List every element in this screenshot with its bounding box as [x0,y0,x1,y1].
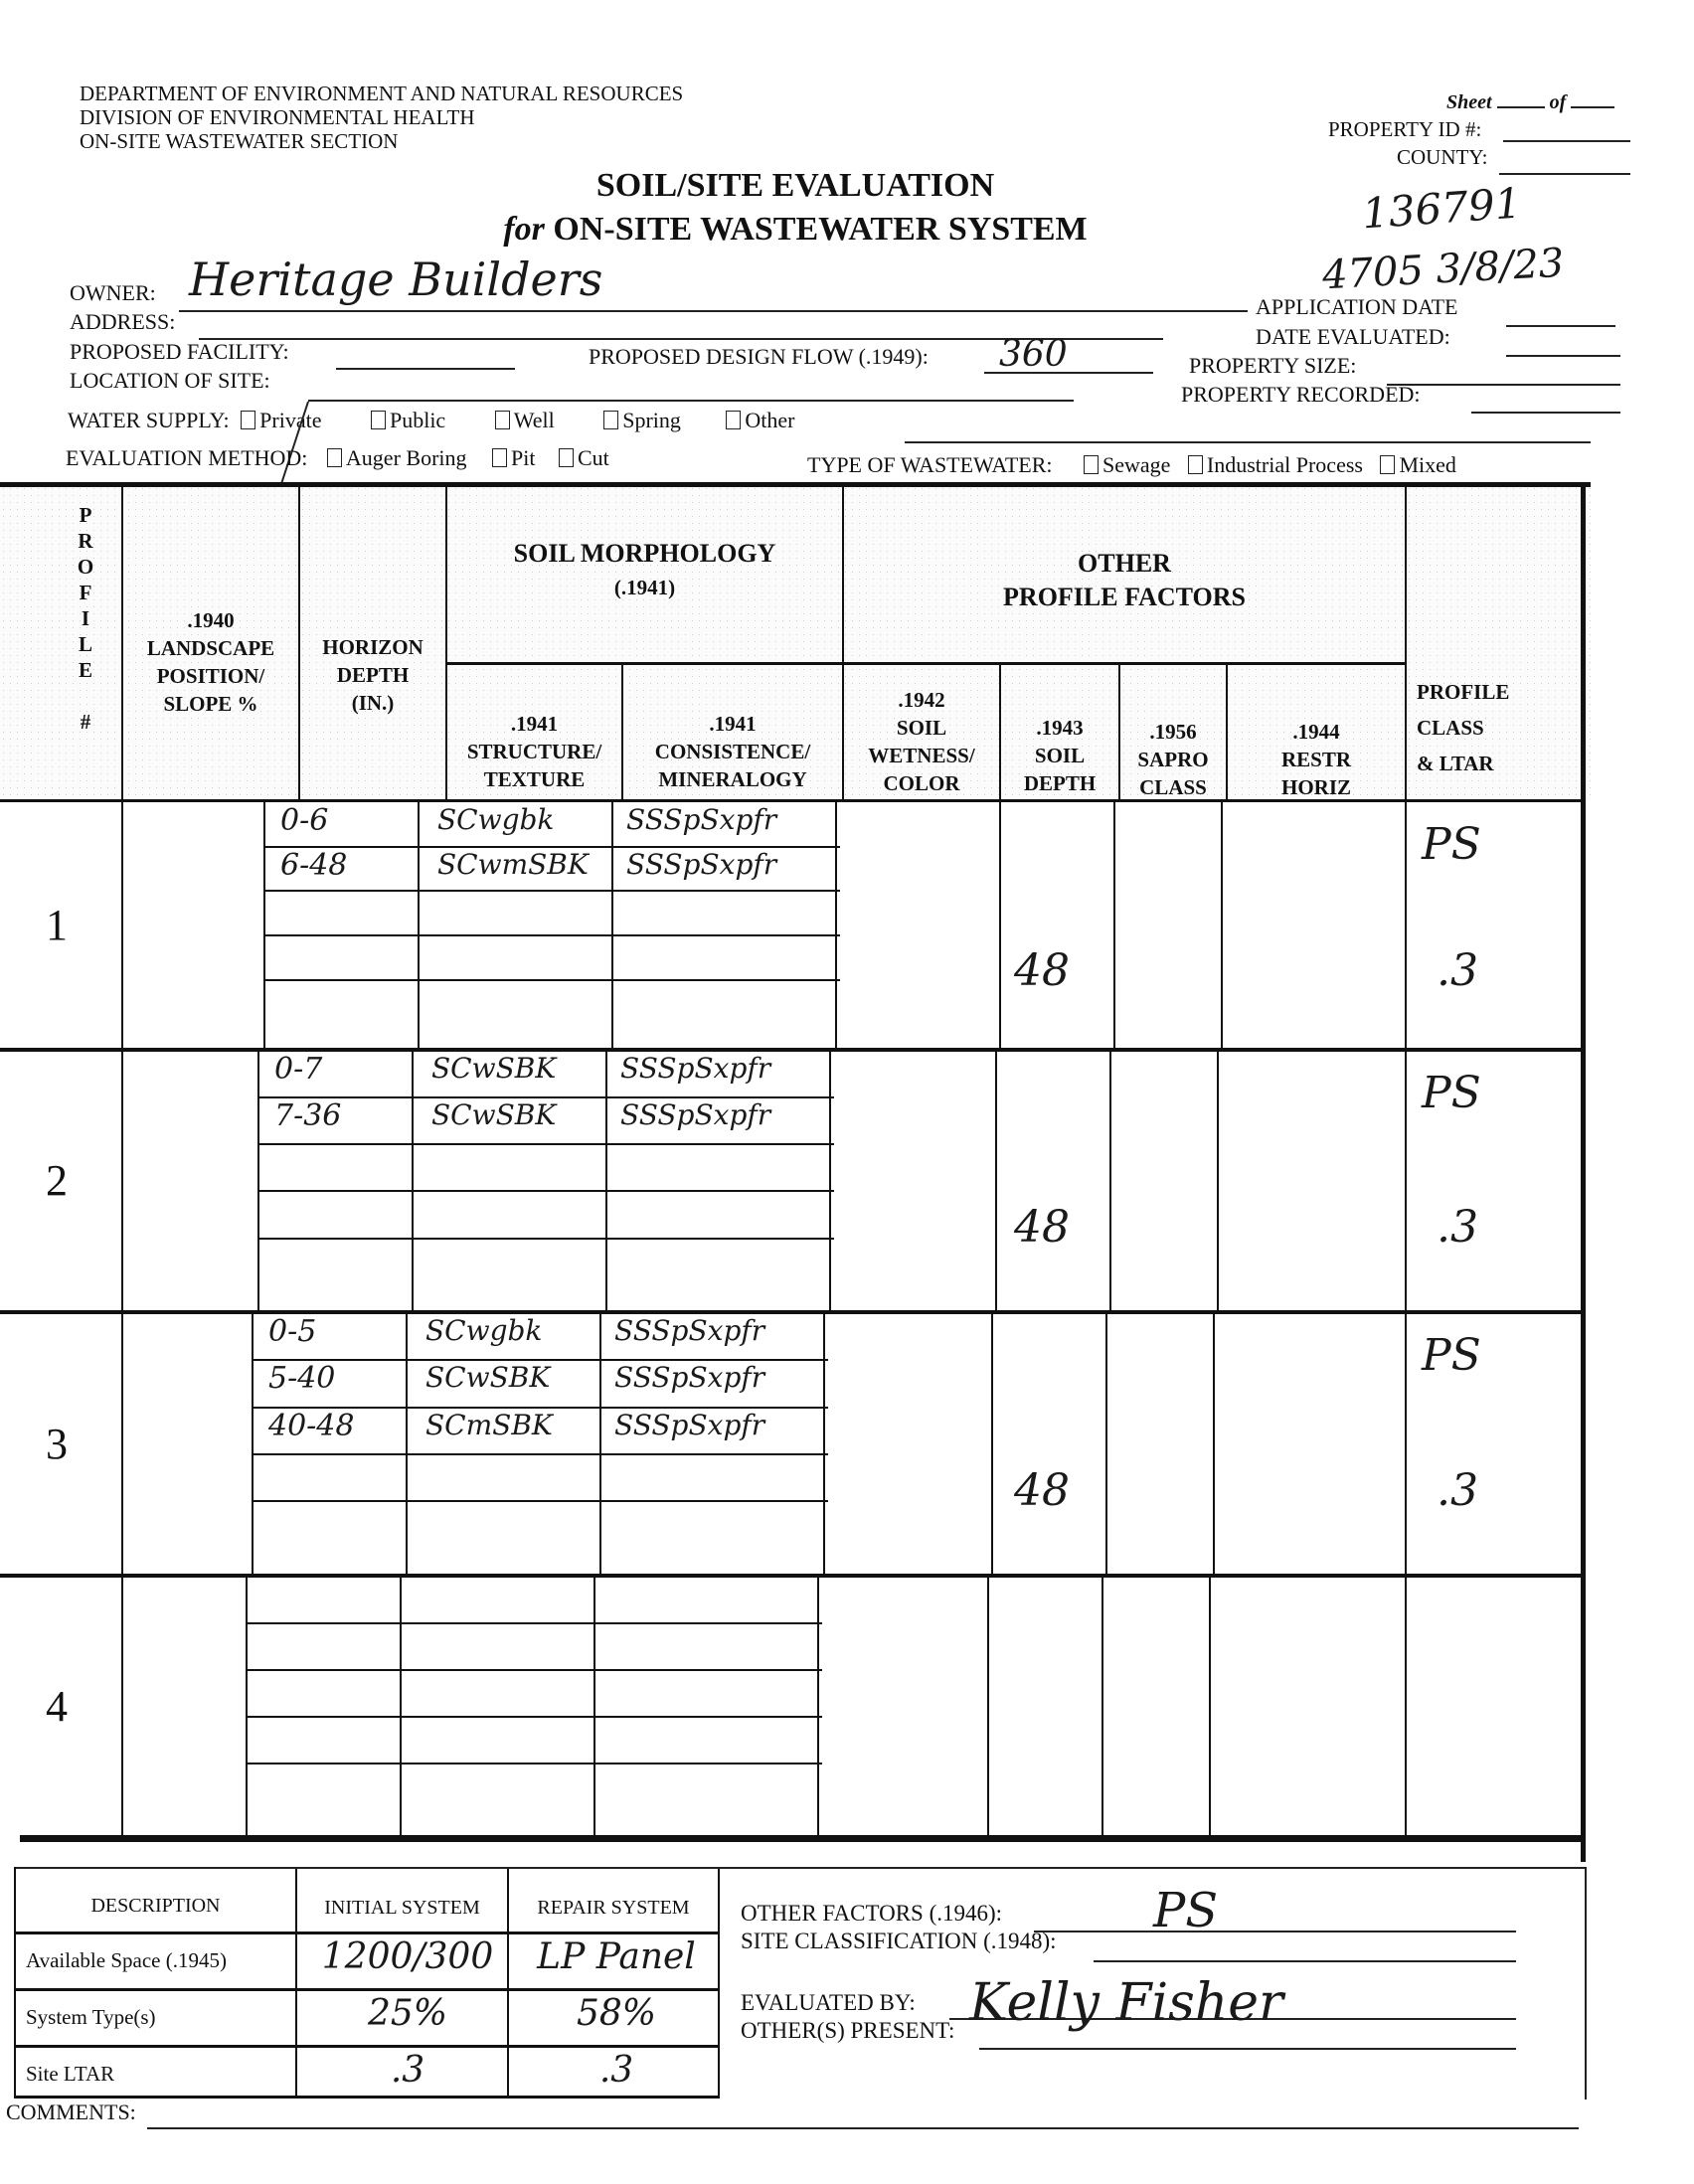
horizon-subrow-line [263,890,840,892]
checkbox-icon[interactable] [492,448,507,467]
col-divider [406,1312,408,1576]
checkbox-icon[interactable] [241,411,255,429]
sheet-number-input[interactable] [1497,106,1545,108]
handwritten-date: 4705 3/8/23 [1321,241,1565,299]
evaluated-by-signature: Kelly Fisher [969,1973,1283,2033]
horizon-depth: 5-40 [268,1361,335,1396]
summary-initial-value[interactable]: 1200/300 [308,1936,507,1977]
summary-row-label: Site LTAR [26,2062,114,2087]
col-divider [999,801,1001,1050]
site-classification-value: PS [1153,1883,1218,1938]
form-subtitle: for ON-SITE WASTEWATER SYSTEM [0,211,1591,249]
col-divider [823,1312,825,1576]
restr-header: .1944RESTRHORIZ [1228,718,1405,801]
soil-depth-value: 48 [1014,945,1070,996]
profile-row-border [20,1835,1586,1842]
method-cut[interactable]: Cut [559,445,609,470]
horizon-structure: SCwSBK [431,1052,556,1085]
summary-repair-value[interactable]: LP Panel [517,1936,716,1977]
other-factors-header: OTHERPROFILE FACTORS [844,547,1405,614]
form-subtitle-text: ON-SITE WASTEWATER SYSTEM [553,211,1087,248]
profile-number: 1 [46,900,68,950]
col-divider [817,1576,819,1837]
horizon-consistence: SSSpSxpfr [626,848,776,881]
checkbox-icon[interactable] [495,411,510,429]
col-divider [263,801,265,1050]
water-supply-label: WATER SUPPLY: [68,408,230,432]
col-divider [611,801,613,1050]
profile-number: 3 [46,1419,68,1469]
summary-col-line [718,1869,720,2098]
horizon-consistence: SSSpSxpfr [614,1361,764,1394]
water-supply-public[interactable]: Public [371,408,445,432]
property-recorded-input[interactable] [1471,390,1620,414]
horizon-depth: 0-6 [280,803,328,838]
horizon-subrow-line [257,1238,834,1240]
property-size-label: PROPERTY SIZE: [1189,353,1356,379]
sheet-total-input[interactable] [1571,106,1614,108]
col-divider [418,801,420,1050]
agency-division: DIVISION OF ENVIRONMENTAL HEALTH [80,105,683,129]
method-pit[interactable]: Pit [492,445,535,470]
horizon-structure: SCwgbk [425,1314,542,1347]
form-subtitle-prefix: for [503,211,545,248]
proposed-facility-input[interactable] [336,346,515,370]
ltar-value: .3 [1437,1202,1478,1253]
agency-department: DEPARTMENT OF ENVIRONMENT AND NATURAL RE… [80,82,683,105]
summary-header-description: DESCRIPTION [16,1895,295,1918]
sheet-label: Sheet [1446,91,1492,113]
site-classification-label: SITE CLASSIFICATION (.1948): [741,1929,1057,1954]
horizon-depth: 0-7 [274,1052,322,1087]
soil-depth-header: .1943SOILDEPTH [1001,714,1118,797]
water-supply-row: WATER SUPPLY: Private Public Well Spring… [68,408,794,433]
table-right-border [1581,485,1586,1862]
col-divider [1113,801,1115,1050]
summary-row-line [14,1988,720,1991]
checkbox-icon[interactable] [559,448,574,467]
structure-header: .1941STRUCTURE/TEXTURE [447,710,621,793]
horizon-depth: 7-36 [274,1098,341,1133]
col-divider [593,1576,595,1837]
col-divider [835,801,837,1050]
evaluation-method-label: EVALUATION METHOD: [66,445,307,470]
horizon-subrow-line [263,934,840,936]
horizon-consistence: SSSpSxpfr [620,1052,770,1085]
col-divider [987,1576,989,1837]
wastewater-industrial[interactable]: Industrial Process [1188,452,1363,477]
summary-repair-value[interactable]: .3 [517,2050,716,2091]
horizon-consistence: SSSpSxpfr [614,1314,764,1347]
agency-section: ON-SITE WASTEWATER SECTION [80,129,683,153]
owner-label: OWNER: [70,280,156,306]
summary-header-initial: INITIAL SYSTEM [297,1897,507,1920]
horizon-subrow-line [263,979,840,981]
application-date-label: APPLICATION DATE [1256,294,1458,320]
profile-number: 4 [46,1681,68,1732]
profile-class-value: PS [1422,819,1481,870]
agency-block: DEPARTMENT OF ENVIRONMENT AND NATURAL RE… [80,82,683,153]
horizon-header: HORIZONDEPTH(IN.) [300,633,445,717]
ltar-value: .3 [1437,1465,1478,1516]
col-divider [246,1576,248,1837]
property-recorded-label: PROPERTY RECORDED: [1181,382,1421,408]
horizon-structure: SCwgbk [437,803,554,836]
sheet-field: Sheet of [1446,91,1614,114]
design-flow-label: PROPOSED DESIGN FLOW (.1949): [589,344,929,370]
checkbox-icon[interactable] [371,411,386,429]
address-label: ADDRESS: [70,309,175,335]
horizon-subrow-line [252,1453,828,1455]
summary-row-label: System Type(s) [26,2005,156,2030]
col-divider [1209,1576,1211,1837]
summary-header-repair: REPAIR SYSTEM [509,1897,718,1920]
wastewater-row: TYPE OF WASTEWATER: Sewage Industrial Pr… [807,452,1456,478]
water-supply-other[interactable]: Other [726,408,794,432]
col-divider [1105,1312,1107,1576]
col-divider [599,1312,601,1576]
horizon-structure: SCwSBK [431,1098,556,1131]
site-classification-input[interactable] [1094,1938,1516,1962]
horizon-structure: SCwSBK [425,1361,550,1394]
soil-depth-value: 48 [1014,1465,1070,1516]
form-title: SOIL/SITE EVALUATION [0,167,1591,205]
location-input[interactable] [308,376,1074,402]
wastewater-label: TYPE OF WASTEWATER: [807,452,1053,477]
property-id-label: PROPERTY ID #: [1328,117,1481,142]
checkbox-icon[interactable] [1188,455,1203,474]
checkbox-icon[interactable] [1084,455,1099,474]
horizon-structure: SCwmSBK [437,848,589,881]
water-supply-well[interactable]: Well [495,408,555,432]
col-divider [1217,1050,1219,1312]
others-present-label: OTHER(S) PRESENT: [741,2018,954,2044]
horizon-consistence: SSSpSxpfr [620,1098,770,1131]
water-supply-other-input[interactable] [905,418,1591,443]
profile-class-header: PROFILECLASS& LTAR [1417,674,1536,781]
col-divider [995,1050,997,1312]
others-present-input[interactable] [979,2026,1516,2050]
horizon-depth: 6-48 [280,848,347,883]
soil-depth-value: 48 [1014,1202,1070,1253]
horizon-subrow-line [246,1669,822,1671]
col-divider [252,1312,254,1576]
horizon-depth: 40-48 [268,1409,354,1443]
header-split [445,662,1406,665]
summary-row-label: Available Space (.1945) [26,1948,227,1973]
horizon-structure: SCmSBK [425,1409,553,1441]
horizon-subrow-line [252,1500,828,1502]
comments-label: COMMENTS: [6,2100,136,2125]
summary-row-line [14,2096,720,2099]
owner-value: Heritage Builders [189,252,602,306]
wetness-header: .1942SOILWETNESS/COLOR [844,686,999,797]
comments-input[interactable] [147,2105,1579,2129]
horizon-consistence: SSSpSxpfr [626,803,776,836]
proposed-facility-label: PROPOSED FACILITY: [70,339,289,365]
col-divider [1109,1050,1111,1312]
horizon-consistence: SSSpSxpfr [614,1409,764,1441]
col-divider [257,1050,259,1312]
evaluated-by-label: EVALUATED BY: [741,1990,916,2016]
horizon-subrow-line [246,1622,822,1624]
horizon-subrow-line [246,1716,822,1718]
consistence-header: .1941CONSISTENCE/MINERALOGY [623,710,842,793]
profile-row-border [0,1310,1586,1314]
sheet-of-label: of [1550,91,1567,113]
summary-repair-value[interactable]: 58% [517,1993,716,2034]
evaluation-method-row: EVALUATION METHOD: Auger Boring Pit Cut [66,445,609,471]
table-top-border [0,482,1591,487]
col-divider [400,1576,402,1837]
profile-row-border [0,1574,1586,1578]
horizon-subrow-line [257,1143,834,1145]
horizon-subrow-line [246,1763,822,1764]
profile-row-border [0,1048,1586,1052]
ltar-value: .3 [1437,945,1478,996]
landscape-header: .1940LANDSCAPEPOSITION/SLOPE % [123,606,298,718]
col-divider [991,1312,993,1576]
method-auger[interactable]: Auger Boring [327,445,467,470]
sapro-header: .1956SAPROCLASS [1120,718,1226,801]
water-supply-spring[interactable]: Spring [603,408,681,432]
application-date-input[interactable] [1506,303,1615,327]
col-divider [412,1050,414,1312]
profile-class-value: PS [1422,1068,1481,1118]
col-divider [1405,485,1407,1837]
summary-row-line [14,1932,720,1934]
checkbox-icon[interactable] [327,448,342,467]
col-divider [1101,1576,1103,1837]
other-factors-label: OTHER FACTORS (.1946): [741,1901,1002,1927]
summary-row-line [14,2045,720,2048]
checkbox-icon[interactable] [726,411,741,429]
location-label: LOCATION OF SITE: [70,368,270,394]
wastewater-mixed[interactable]: Mixed [1380,452,1455,477]
col-divider [829,1050,831,1312]
checkbox-icon[interactable] [1380,455,1395,474]
design-flow-value: 360 [999,334,1068,375]
col-divider [1221,801,1223,1050]
wastewater-sewage[interactable]: Sewage [1084,452,1170,477]
profile-class-value: PS [1422,1330,1481,1381]
summary-initial-value[interactable]: 25% [308,1993,507,2034]
summary-initial-value[interactable]: .3 [308,2050,507,2091]
property-id-input[interactable] [1503,117,1630,142]
profile-number-header: PROFILE# [66,502,105,735]
property-size-input[interactable] [1387,360,1620,386]
soil-morphology-header: SOIL MORPHOLOGY(.1941) [447,537,842,604]
col-divider [1213,1312,1215,1576]
horizon-subrow-line [257,1190,834,1192]
date-evaluated-label: DATE EVALUATED: [1256,324,1450,350]
date-evaluated-input[interactable] [1506,333,1620,357]
checkbox-icon[interactable] [603,411,618,429]
profile-number: 2 [46,1155,68,1206]
col-divider [605,1050,607,1312]
other-factors-input[interactable] [1034,1909,1516,1932]
horizon-depth: 0-5 [268,1314,316,1349]
